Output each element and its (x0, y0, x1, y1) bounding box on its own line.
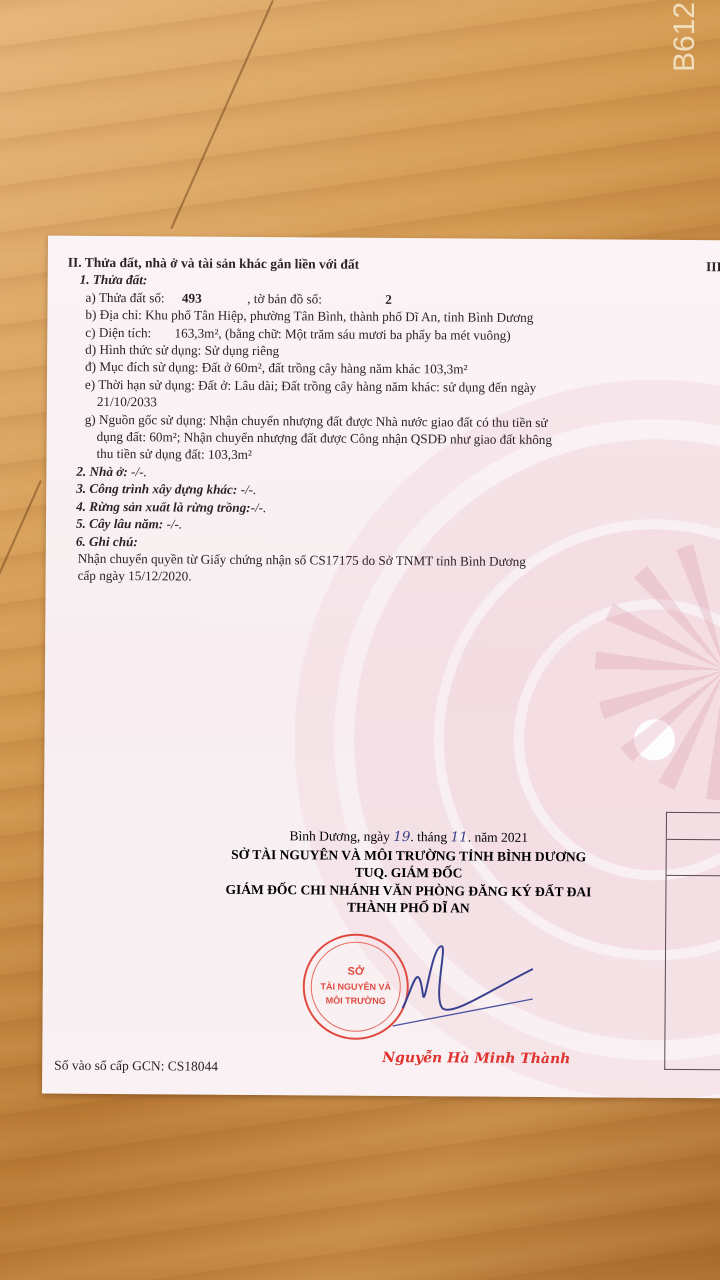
section-value: -/-. (163, 516, 182, 531)
section-value: -/-. (128, 464, 147, 479)
parcel-number: 493 (182, 289, 244, 307)
table-divider (667, 875, 720, 877)
section-value: -/-. (237, 482, 256, 497)
land-certificate-page: II. Thửa đất, nhà ở và tài sản khác gắn … (42, 236, 720, 1099)
floor-seam (170, 0, 274, 229)
section-label: 2. Nhà ở: (76, 464, 128, 479)
signer-name: Nguyễn Hà Minh Thành (382, 1050, 570, 1067)
position-title-2: THÀNH PHỐ DĨ AN (193, 898, 623, 919)
certificate-content: II. Thửa đất, nhà ở và tài sản khác gắn … (66, 254, 720, 589)
month-handwritten: 11 (450, 829, 467, 845)
next-section-marker: III (706, 258, 720, 276)
table-divider (667, 839, 720, 841)
month-label: tháng (417, 829, 447, 844)
section-value: -/-. (251, 500, 267, 515)
section-label: 4. Rừng sản xuất là rừng trồng: (76, 498, 251, 514)
section-label: 3. Công trình xây dựng khác: (76, 481, 237, 497)
section-label: 5. Cây lâu năm: (76, 516, 163, 532)
position-title: GIÁM ĐỐC CHI NHÁNH VĂN PHÒNG ĐĂNG KÝ ĐẤT… (193, 880, 623, 901)
day-handwritten: 19 (393, 829, 410, 845)
place-date-prefix: Bình Dương, ngày (289, 828, 389, 844)
handwritten-signature-icon (392, 938, 543, 1029)
adjacent-page-table (664, 812, 720, 1071)
year-label: năm 2021 (474, 830, 528, 845)
parcel-label: a) Thửa đất số: (86, 290, 165, 306)
area-label: c) Diện tích: (85, 324, 151, 339)
area-value: 163,3m², (bằng chữ: Một trăm sáu mươi ba… (174, 325, 510, 342)
map-sheet-label: , tờ bản đồ số: (247, 291, 322, 307)
signature-block: Bình Dương, ngày 19. tháng 11. năm 2021 … (193, 827, 624, 918)
floor-seam (0, 480, 42, 590)
notes-line-2: cấp ngày 15/12/2020. (78, 567, 720, 589)
gcn-registry-number: Số vào sổ cấp GCN: CS18044 (54, 1058, 218, 1075)
red-official-stamp: SỞ TÀI NGUYÊN VÀ MÔI TRƯỜNG (302, 933, 409, 1040)
stamp-text-2: TÀI NGUYÊN VÀ (305, 981, 407, 992)
stamp-text: SỞ (305, 965, 407, 978)
agency-name: SỞ TÀI NGUYÊN VÀ MÔI TRƯỜNG TỈNH BÌNH DƯ… (194, 845, 624, 866)
watermark-text: B612 (668, 2, 702, 72)
stamp-text-3: MÔI TRƯỜNG (305, 995, 407, 1006)
map-sheet-number: 2 (385, 291, 392, 308)
